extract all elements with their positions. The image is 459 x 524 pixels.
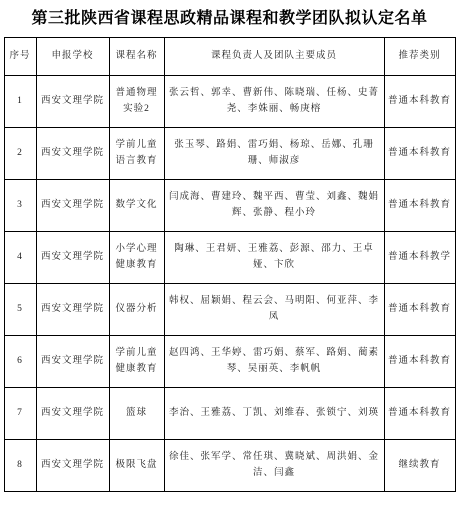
table-row: 5 西安文理学院 仪器分析 韩权、屈颖娟、程云会、马明阳、何亚萍、李凤 普通本科… — [4, 283, 455, 335]
cell-category: 普通本科教育 — [384, 283, 455, 335]
cell-school: 西安文理学院 — [36, 283, 109, 335]
cell-course: 学前儿童语言教育 — [109, 127, 164, 179]
table-row: 2 西安文理学院 学前儿童语言教育 张玉琴、路娟、雷巧娟、杨琼、岳娜、孔珊珊、师… — [4, 127, 455, 179]
cell-category: 普通本科教育 — [384, 335, 455, 387]
cell-members: 韩权、屈颖娟、程云会、马明阳、何亚萍、李凤 — [164, 283, 384, 335]
cell-course: 极限飞盘 — [109, 439, 164, 491]
header-course: 课程名称 — [109, 37, 164, 75]
cell-school: 西安文理学院 — [36, 179, 109, 231]
cell-category: 普通本科教育 — [384, 75, 455, 127]
cell-category: 普通本科教育 — [384, 179, 455, 231]
table-row: 4 西安文理学院 小学心理健康教育 陶琳、王君妍、王雅荔、彭源、邵力、王卓娅、卞… — [4, 231, 455, 283]
cell-members: 赵四鸿、王华婷、雷巧娟、蔡军、路娟、蔺素琴、吴丽英、李帆帆 — [164, 335, 384, 387]
approval-table: 序号 申报学校 课程名称 课程负责人及团队主要成员 推荐类别 1 西安文理学院 … — [4, 37, 456, 492]
cell-course: 普通物理实验2 — [109, 75, 164, 127]
cell-members: 闫成海、曹建玲、魏平西、曹莹、刘鑫、魏娟辉、张静、程小玲 — [164, 179, 384, 231]
table-row: 1 西安文理学院 普通物理实验2 张云哲、郭幸、曹新伟、陈晓瑞、任杨、史菁尧、李… — [4, 75, 455, 127]
cell-course: 数学文化 — [109, 179, 164, 231]
cell-no: 2 — [4, 127, 36, 179]
header-members: 课程负责人及团队主要成员 — [164, 37, 384, 75]
page-title: 第三批陕西省课程思政精品课程和教学团队拟认定名单 — [0, 0, 459, 37]
cell-school: 西安文理学院 — [36, 439, 109, 491]
cell-school: 西安文理学院 — [36, 387, 109, 439]
cell-school: 西安文理学院 — [36, 127, 109, 179]
cell-members: 张云哲、郭幸、曹新伟、陈晓瑞、任杨、史菁尧、李姝丽、畅庚榕 — [164, 75, 384, 127]
cell-no: 3 — [4, 179, 36, 231]
cell-category: 继续教育 — [384, 439, 455, 491]
table-row: 8 西安文理学院 极限飞盘 徐佳、张军学、常任琪、冀晓斌、周洪娟、金洁、闫鑫 继… — [4, 439, 455, 491]
table-row: 6 西安文理学院 学前儿童健康教育 赵四鸿、王华婷、雷巧娟、蔡军、路娟、蔺素琴、… — [4, 335, 455, 387]
cell-members: 张玉琴、路娟、雷巧娟、杨琼、岳娜、孔珊珊、师淑彦 — [164, 127, 384, 179]
table-header-row: 序号 申报学校 课程名称 课程负责人及团队主要成员 推荐类别 — [4, 37, 455, 75]
cell-category: 普通本科教学 — [384, 231, 455, 283]
cell-members: 李治、王雅荔、丁凯、刘维春、张锁宁、刘瑛 — [164, 387, 384, 439]
cell-course: 篮球 — [109, 387, 164, 439]
cell-no: 6 — [4, 335, 36, 387]
header-category: 推荐类别 — [384, 37, 455, 75]
header-school: 申报学校 — [36, 37, 109, 75]
cell-no: 1 — [4, 75, 36, 127]
cell-category: 普通本科教育 — [384, 387, 455, 439]
cell-school: 西安文理学院 — [36, 335, 109, 387]
cell-category: 普通本科教育 — [384, 127, 455, 179]
cell-no: 8 — [4, 439, 36, 491]
cell-course: 仪器分析 — [109, 283, 164, 335]
cell-members: 陶琳、王君妍、王雅荔、彭源、邵力、王卓娅、卞欣 — [164, 231, 384, 283]
cell-school: 西安文理学院 — [36, 231, 109, 283]
cell-no: 5 — [4, 283, 36, 335]
header-no: 序号 — [4, 37, 36, 75]
cell-no: 4 — [4, 231, 36, 283]
cell-course: 小学心理健康教育 — [109, 231, 164, 283]
table-row: 7 西安文理学院 篮球 李治、王雅荔、丁凯、刘维春、张锁宁、刘瑛 普通本科教育 — [4, 387, 455, 439]
cell-school: 西安文理学院 — [36, 75, 109, 127]
cell-no: 7 — [4, 387, 36, 439]
table-row: 3 西安文理学院 数学文化 闫成海、曹建玲、魏平西、曹莹、刘鑫、魏娟辉、张静、程… — [4, 179, 455, 231]
cell-course: 学前儿童健康教育 — [109, 335, 164, 387]
cell-members: 徐佳、张军学、常任琪、冀晓斌、周洪娟、金洁、闫鑫 — [164, 439, 384, 491]
